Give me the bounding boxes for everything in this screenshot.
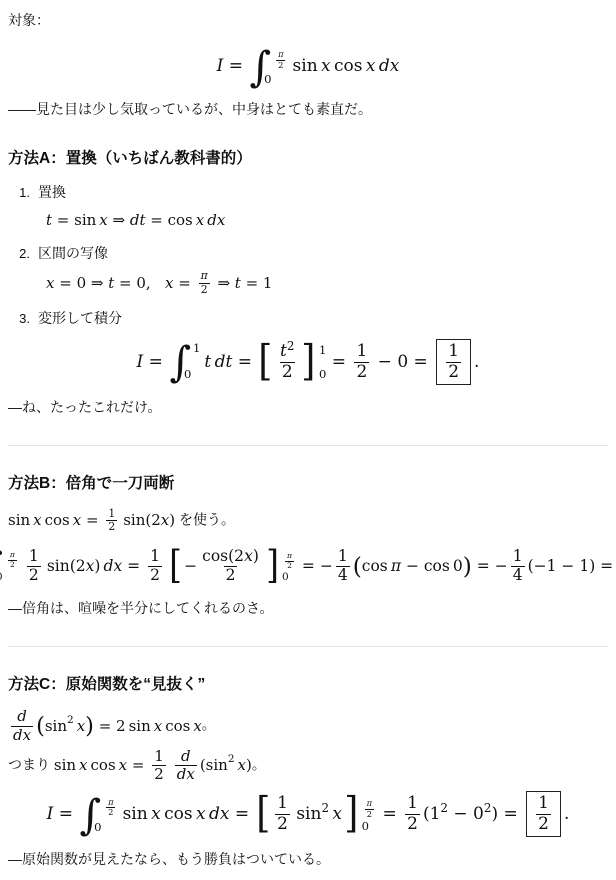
equation-method-a-result: I = ∫10t dt = [t22]10 = 12 − 0 = 12. xyxy=(8,339,608,385)
target-label: 対象： xyxy=(8,10,608,31)
step-1: 1. 置換 t = sin x ⇒ dt = cos x dx xyxy=(8,182,608,240)
equation-method-b-result: I = ∫π2012 sin(2x) dx = 12 [−cos(2x)2]π2… xyxy=(8,545,608,588)
equation-method-c-result: I = ∫π20sin x cos x dx = [12 sin2 x]π20 … xyxy=(8,791,608,837)
step-2-number: 2. xyxy=(8,244,30,264)
step-2: 2. 区間の写像 x = 0 ⇒ t = 0, x = π2 ⇒ t = 1 xyxy=(8,243,608,304)
method-b-note: —倍角は、喧噪を半分にしてくれるのさ。 xyxy=(8,598,608,619)
equation-interval-map: x = 0 ⇒ t = 0, x = π2 ⇒ t = 1 xyxy=(46,270,272,296)
method-b-intro: sin x cos x = 12 sin(2x) を使う。 xyxy=(8,508,608,534)
method-a-note: —ね、たったこれだけ。 xyxy=(8,397,608,418)
method-b-heading: 方法B：倍角で一刀両断 xyxy=(8,472,608,495)
step-3: 3. 変形して積分 xyxy=(8,308,608,329)
method-c-derivative-line: ddx(sin2 x) = 2 sin x cos x。 xyxy=(8,708,608,744)
step-3-label: 変形して積分 xyxy=(38,308,122,329)
equation-derivative: ddx(sin2 x) = 2 sin x cos x xyxy=(8,708,202,744)
equation-tsumari: sin x cos x = 12 ddx(sin2 x) xyxy=(54,748,252,784)
jp-period: 。 xyxy=(252,756,266,772)
method-b-intro-suffix: を使う。 xyxy=(175,511,235,527)
step-3-number: 3. xyxy=(8,309,30,329)
tsumari-prefix: つまり xyxy=(8,756,54,772)
step-1-label: 置換 xyxy=(38,182,66,203)
equation-substitution: t = sin x ⇒ dt = cos x dx xyxy=(46,209,225,232)
step-2-label: 区間の写像 xyxy=(38,243,108,264)
document: 対象： I = ∫π20sin x cos x dx ——見た目は少し気取ってい… xyxy=(0,0,616,880)
method-a-steps: 1. 置換 t = sin x ⇒ dt = cos x dx 2. 区間の写像… xyxy=(8,182,608,329)
jp-period: 。 xyxy=(202,717,216,733)
step-1-number: 1. xyxy=(8,183,30,203)
equation-target: I = ∫π20sin x cos x dx xyxy=(8,45,608,89)
equation-double-angle-identity: sin x cos x = 12 sin(2x) xyxy=(8,508,175,534)
method-c-tsumari-line: つまり sin x cos x = 12 ddx(sin2 x)。 xyxy=(8,748,608,784)
divider xyxy=(8,646,608,647)
method-c-heading: 方法C：原始関数を“見抜く” xyxy=(8,673,608,696)
method-c-note: —原始関数が見えたなら、もう勝負はついている。 xyxy=(8,849,608,870)
method-a-heading: 方法A：置換（いちばん教科書的） xyxy=(8,147,608,170)
divider xyxy=(8,445,608,446)
intro-note: ——見た目は少し気取っているが、中身はとても素直だ。 xyxy=(8,99,608,120)
